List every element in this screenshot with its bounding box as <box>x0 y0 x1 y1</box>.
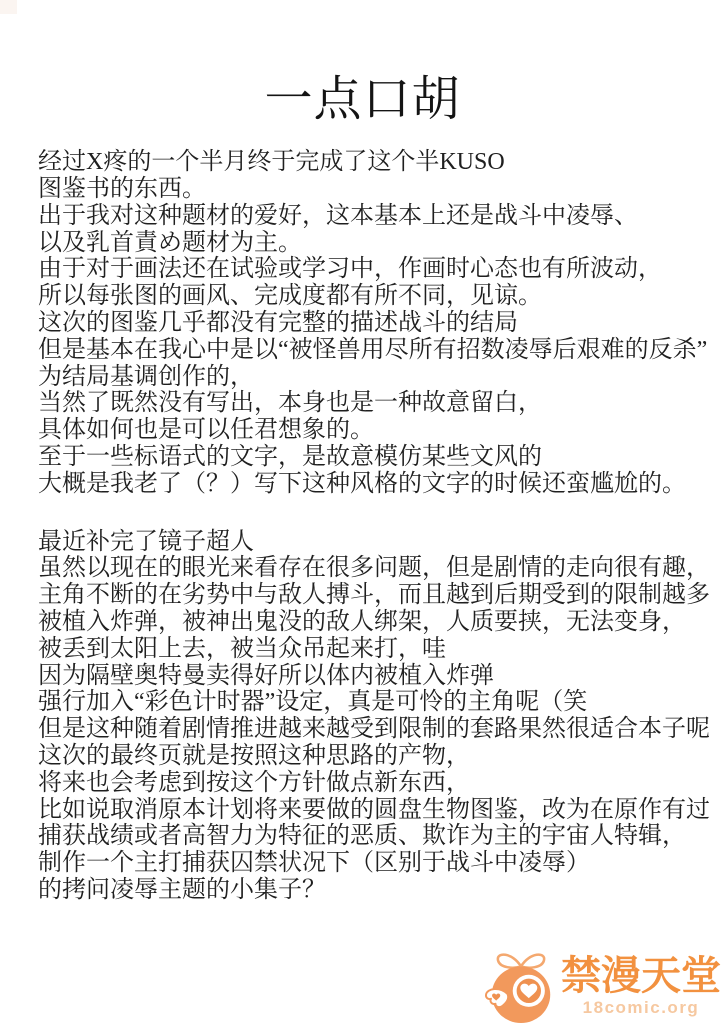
text-line: 比如说取消原本计划将来要做的圆盘生物图鉴，改为在原作有过 <box>38 797 725 824</box>
site-watermark: 禁漫天堂 18comic.org <box>483 942 721 1024</box>
text-line: 被植入炸弹，被神出鬼没的敌人绑架，人质要挟，无法变身， <box>38 609 725 636</box>
text-line: 强行加入“彩色计时器”设定，真是可怜的主角呢（笑 <box>38 689 725 716</box>
text-line: 为结局基调创作的， <box>38 364 725 391</box>
watermark-text: 禁漫天堂 18comic.org <box>561 942 721 1016</box>
text-line: 被丢到太阳上去，被当众吊起来打，哇 <box>38 636 725 663</box>
text-line: 主角不断的在劣势中与敌人搏斗，而且越到后期受到的限制越多 <box>38 582 725 609</box>
text-line: 的拷问凌辱主题的小集子？ <box>38 877 725 904</box>
text-line: 因为隔壁奥特曼卖得好所以体内被植入炸弹 <box>38 663 725 690</box>
paragraph-2: 最近补完了镜子超人 虽然以现在的眼光来看存在很多问题，但是剧情的走向很有趣， 主… <box>38 529 725 904</box>
text-line: 将来也会考虑到按这个方针做点新东西， <box>38 770 725 797</box>
text-line: 这次的最终页就是按照这种思路的产物， <box>38 743 725 770</box>
text-line: 以及乳首責め题材为主。 <box>38 230 725 257</box>
text-line: 最近补完了镜子超人 <box>38 529 725 556</box>
text-line: 捕获战绩或者高智力为特征的恶质、欺诈为主的宇宙人特辑， <box>38 823 725 850</box>
text-line: 经过X疼的一个半月终于完成了这个半KUSO <box>38 149 725 176</box>
site-name: 禁漫天堂 <box>561 956 721 996</box>
text-line: 制作一个主打捕获囚禁状况下（区别于战斗中凌辱） <box>38 850 725 877</box>
mascot-logo-icon <box>483 944 559 1024</box>
text-line: 但是这种随着剧情推进越来越受到限制的套路果然很适合本子呢 <box>38 716 725 743</box>
paragraph-1: 经过X疼的一个半月终于完成了这个半KUSO 图鉴书的东西。 出于我对这种题材的爱… <box>38 149 725 497</box>
text-line: 至于一些标语式的文字，是故意模仿某些文风的 <box>38 444 725 471</box>
corner-artifact <box>0 0 17 14</box>
text-line: 图鉴书的东西。 <box>38 176 725 203</box>
afterword-text: 经过X疼的一个半月终于完成了这个半KUSO 图鉴书的东西。 出于我对这种题材的爱… <box>38 149 725 904</box>
text-line: 由于对于画法还在试验或学习中，作画时心态也有所波动， <box>38 256 725 283</box>
text-line: 当然了既然没有写出，本身也是一种故意留白， <box>38 390 725 417</box>
text-line: 但是基本在我心中是以“被怪兽用尽所有招数凌辱后艰难的反杀” <box>38 337 725 364</box>
text-line: 虽然以现在的眼光来看存在很多问题，但是剧情的走向很有趣， <box>38 555 725 582</box>
text-line: 大概是我老了（？）写下这种风格的文字的时候还蛮尴尬的。 <box>38 471 725 498</box>
text-line: 具体如何也是可以任君想象的。 <box>38 417 725 444</box>
text-line: 这次的图鉴几乎都没有完整的描述战斗的结局 <box>38 310 725 337</box>
text-line: 出于我对这种题材的爱好，这本基本上还是战斗中凌辱、 <box>38 203 725 230</box>
page-title: 一点口胡 <box>0 0 725 127</box>
text-line: 所以每张图的画风、完成度都有所不同，见谅。 <box>38 283 725 310</box>
site-url: 18comic.org <box>583 999 700 1016</box>
